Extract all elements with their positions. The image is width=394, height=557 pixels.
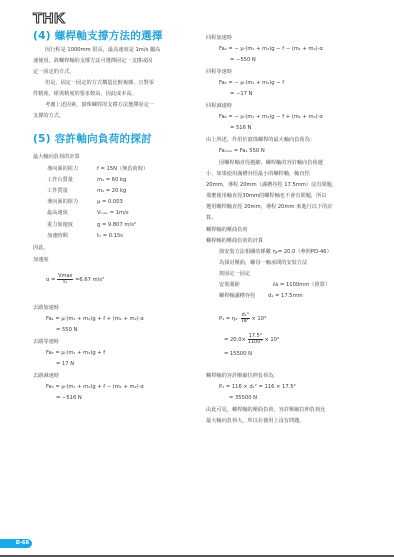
paragraph-line: 因行程是 1000mm 很長，最高速度是 1m/s 屬高 (45, 47, 160, 54)
accel-formula: α = Vmax t₁ =6.67 m/s² (46, 274, 104, 285)
param-label: 工作台質量 (47, 177, 73, 184)
forward-accel-formula: Fa₁ = μ·(m₁ + m₂)g + f + (m₁ + m₂)·α (46, 316, 144, 323)
accel-fraction: Vmax t₁ (57, 274, 73, 285)
conclusion-line: 最大軸向負荷大，所以在使用上沒有問題。 (206, 418, 305, 425)
p1-lhs: P₁ = η₂· (219, 316, 239, 322)
conclusion-line: 由此可見，螺桿軸的壓曲負荷，容許壓縮拉伸負荷比 (206, 407, 325, 414)
therefore-text: 因此， (33, 245, 49, 252)
p2-result: = 35500 N (229, 395, 257, 402)
buckling-title: 螺桿軸的壓曲負荷 (206, 227, 248, 234)
buckling-calc-title: 螺桿軸的壓曲負荷的計算 (206, 238, 263, 245)
param-value: m₂ = 20 kg (97, 188, 126, 195)
tensile-title: 螺桿軸的容許壓縮拉伸負荷為： (206, 373, 279, 380)
p1-formula: P₁ = η₂· d₁⁴ ℓa² × 10⁴ (219, 313, 266, 324)
param-label: 工件質量 (47, 188, 68, 195)
p1-denominator: ℓa² (241, 319, 250, 324)
param-value: μ = 0.003 (97, 199, 123, 206)
forward-accel-title: 去路加速時 (33, 305, 59, 312)
buckling-line: 為探討壓曲，螺母一軸承間的安裝方法 (219, 260, 307, 267)
thk-logo: THK (33, 11, 65, 26)
section-5-heading: (5) 容許軸向負荷的探討 (33, 133, 152, 146)
paragraph-line: 支撐的方式。 (33, 113, 64, 120)
p1-sub-prefix: = 20.0× (224, 337, 246, 343)
p1-multiplier: × 10⁴ (251, 316, 266, 322)
return-accel-title: 回程加速時 (206, 35, 232, 42)
return-decel-formula: Fa₆ = − μ·(m₁ + m₂)g − f + (m₁ + m₂)·α (219, 114, 323, 121)
discussion-line: 小，如果使用滿槽谷徑最小的螺桿軸，軸直徑 (206, 171, 310, 178)
p1-substitution: = 20.0× 17.5⁴ 1100² × 10⁴ (224, 334, 279, 345)
section-4-heading: (4) 螺桿軸支撐方法的選擇 (33, 30, 163, 43)
buckling-param-label: 安裝間距 (219, 282, 240, 289)
paragraph-line: 件精度、組裝精度的要求較高，因此成本高。 (33, 91, 137, 98)
return-accel-formula: Fa₄ = − μ·(m₁ + m₂)g − f − (m₁ + m₂)·α (219, 46, 323, 53)
buckling-param-value: d₁ = 17.5mm (268, 293, 303, 300)
p1-sub-suffix: × 10⁴ (264, 337, 279, 343)
summary-text: 由上所述，作用於滾珠螺桿的最大軸向負荷為： (206, 137, 315, 144)
p1-sub-denominator: 1100² (248, 340, 263, 345)
buckling-param-label: 螺桿軸滿槽谷徑 (219, 293, 255, 300)
param-value: m₁ = 60 kg (97, 177, 126, 184)
return-const-title: 回程等速時 (206, 69, 232, 76)
p2-formula: P₂ = 116 × d₁² = 116 × 17.5² (219, 384, 296, 391)
discussion-line: 因螺桿軸直徑越細，螺桿軸的容許軸向負荷越 (219, 160, 323, 167)
discussion-line: 選用螺桿軸直徑 20mm，導程 20mm 來進行以下的計 (206, 204, 333, 211)
paragraph-line: 考慮上述因素，滾珠螺桿的支撐方法選擇固定一 (45, 102, 154, 109)
buckling-param-value: ℓa = 1100mm（推算） (273, 282, 330, 289)
paragraph-line: 定一固定的方式。 (33, 69, 75, 76)
discussion-line: 那麼使用軸直徑30mm的螺桿軸也不會有問題，所以 (206, 193, 326, 200)
paragraph-line: 速使用，故螺桿軸的支撐方法可選擇固定一支撐或固 (33, 58, 152, 65)
forward-const-formula: Fa₂ = μ·(m₁ + m₂)g + f (46, 350, 105, 357)
param-label: 最高速度 (47, 210, 68, 217)
param-label: 加速時間 (47, 233, 68, 240)
accel-label: 加速度 (33, 257, 49, 264)
forward-decel-formula: Fa₃ = μ·(m₁ + m₂)g + f − (m₁ + m₂)·α (46, 384, 144, 391)
return-decel-title: 回程減速時 (206, 103, 232, 110)
accel-denominator: t₁ (57, 280, 73, 285)
param-label: 導向面的阻力 (47, 199, 78, 206)
param-value: t₁ = 0.15s (97, 233, 123, 240)
max-load-formula: Faₘₐₓ = Fa₁ 550 N (219, 148, 265, 155)
discussion-line: 20mm，導程 20mm（滿槽谷徑 17.5mm）沒有問題， (206, 182, 337, 189)
discussion-line: 算。 (206, 215, 216, 222)
accel-rhs: =6.67 m/s² (75, 277, 104, 283)
forward-decel-result: = −516 N (56, 395, 82, 402)
forward-const-result: = 17 N (56, 361, 74, 368)
accel-lhs: α = (46, 277, 55, 283)
param-value: Vₘₐₓ = 1m/s (97, 210, 129, 217)
buckling-line: 按固定一固定 (219, 271, 250, 278)
forward-accel-result: = 550 N (56, 327, 77, 334)
param-value: g = 9.807 m/s² (97, 222, 136, 229)
p1-fraction: d₁⁴ ℓa² (241, 313, 250, 324)
return-const-result: = −17 N (230, 91, 252, 98)
return-accel-result: = −550 N (230, 57, 256, 64)
param-value: f = 15N（無負荷時） (97, 166, 148, 173)
param-label: 導向面的阻力 (47, 166, 78, 173)
forward-const-title: 去路等速時 (33, 339, 59, 346)
forward-decel-title: 去路減速時 (33, 373, 59, 380)
p1-sub-fraction: 17.5⁴ 1100² (248, 334, 263, 345)
page-number-badge: D-68 (0, 539, 32, 548)
paragraph-line: 但是，固定一固定的方式構造比較複雜，且對零 (45, 80, 154, 87)
calc-title: 最大軸向負荷的計算 (33, 154, 80, 161)
param-label: 重力加速度 (47, 222, 73, 229)
buckling-line: 與安裝方法相關的係數 η₂= 20.0（參照PD-46） (219, 249, 332, 256)
return-decel-result: = 516 N (230, 125, 251, 132)
p1-result: = 15500 N (224, 351, 252, 358)
return-const-formula: Fa₅ = − μ·(m₁ + m₂)g − f (219, 80, 284, 87)
